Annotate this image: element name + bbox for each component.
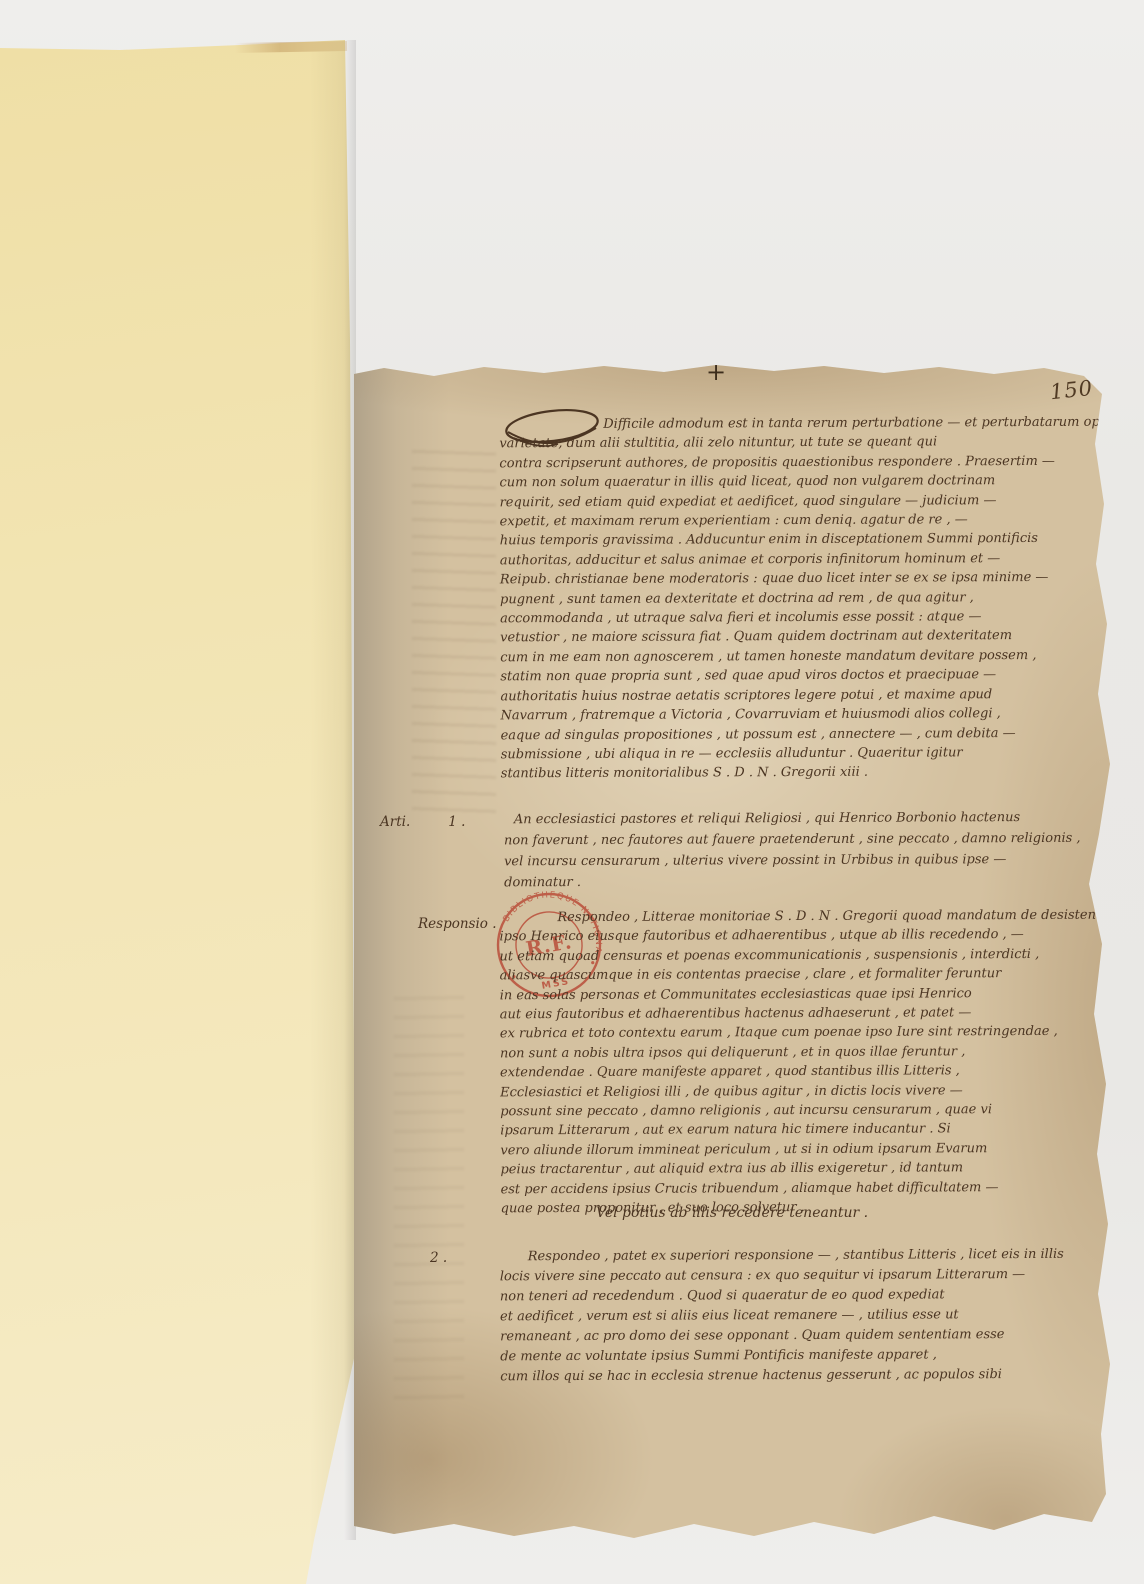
manuscript-line: remaneant , ac pro domo dei sese opponan…: [500, 1325, 1104, 1348]
invocation-cross-mark: +: [706, 358, 726, 386]
manuscript-line: cum illos qui se hac in ecclesia strenue…: [500, 1365, 1104, 1388]
scan-backdrop: + 150 Difficile admodum est in tanta rer…: [0, 0, 1144, 1584]
margin-note-article: Arti.1 .: [380, 814, 465, 830]
flyleaf-page: [0, 40, 362, 1584]
manuscript-line: Ecclesiastici et Religiosi illi , de qui…: [500, 1080, 1104, 1102]
manuscript-line: contra scripserunt authores, de proposit…: [499, 451, 1103, 473]
manuscript-line: de mente ac voluntate ipsius Summi Ponti…: [500, 1345, 1104, 1368]
manuscript-line: huius temporis gravissima . Adducuntur e…: [500, 529, 1104, 551]
manuscript-line: requirit, sed etiam quid expediat et aed…: [500, 490, 1104, 512]
manuscript-line: possunt sine peccato , damno religionis …: [500, 1100, 1104, 1122]
manuscript-line: non teneri ad recedendum . Quod si quaer…: [500, 1285, 1104, 1308]
manuscript-line: pugnent , sunt tamen ea dexteritate et d…: [500, 587, 1104, 609]
manuscript-line: statim non quae propria sunt , sed quae …: [500, 665, 1104, 687]
margin-note-number: 1 .: [448, 814, 465, 830]
manuscript-line: expetit, et maximam rerum experientiam :…: [500, 510, 1104, 532]
margin-note-2: 2 .: [430, 1250, 447, 1266]
margin-note-label: Arti.: [380, 814, 410, 830]
manuscript-line: Navarrum , fratremque a Victoria , Covar…: [500, 704, 1104, 726]
manuscript-line: authoritas, adducitur et salus animae et…: [500, 549, 1104, 571]
manuscript-page: + 150 Difficile admodum est in tanta rer…: [354, 364, 1112, 1542]
response-paragraph: Respondeo , Litterae monitoriae S . D . …: [499, 906, 1104, 1219]
margin-note-responsio: Responsio .: [418, 916, 497, 932]
manuscript-line: non sunt a nobis ultra ipsos qui delique…: [500, 1042, 1104, 1064]
folio-number: 150: [1049, 376, 1094, 404]
second-response-paragraph: Respondeo , patet ex superiori responsio…: [500, 1245, 1105, 1388]
manuscript-line: et aedificet , verum est si aliis eius l…: [500, 1305, 1104, 1328]
manuscript-line: vel incursu censurarum , ulterius vivere…: [504, 849, 1108, 873]
manuscript-line: varietate, dum alii stultitia, alii zelo…: [499, 432, 1103, 454]
manuscript-line: vetustior , ne maiore scissura fiat . Qu…: [500, 626, 1104, 648]
ink-showthrough: [412, 444, 496, 824]
manuscript-line: ex rubrica et toto contextu earum , Itaq…: [500, 1022, 1104, 1044]
ink-showthrough: [394, 984, 464, 1414]
opening-paragraph: Difficile admodum est in tanta rerum per…: [499, 413, 1105, 784]
manuscript-line: eaque ad singulas propositiones , ut pos…: [501, 723, 1105, 745]
manuscript-line: non faverunt , nec fautores aut fauere p…: [504, 828, 1108, 852]
manuscript-line: Reipub. christianae bene moderatoris : q…: [500, 568, 1104, 590]
manuscript-line: Difficile admodum est in tanta rerum per…: [499, 413, 1103, 435]
alternative-question-line: Vel potius ab illis recedere teneantur .: [596, 1205, 868, 1221]
manuscript-line: submissione , ubi aliqua in re — ecclesi…: [501, 743, 1105, 765]
manuscript-line: est per accidens ipsius Crucis tribuendu…: [501, 1177, 1105, 1199]
manuscript-line: aut eius fautoribus et adhaerentibus hac…: [500, 1003, 1104, 1025]
manuscript-line: vero aliunde illorum immineat periculum …: [500, 1139, 1104, 1161]
flyleaf-discoloration: [235, 41, 347, 53]
manuscript-line: ut etiam quoad censuras et poenas excomm…: [499, 944, 1103, 966]
manuscript-line: locis vivere sine peccato aut censura : …: [500, 1265, 1104, 1288]
manuscript-line: authoritatis huius nostrae aetatis scrip…: [500, 684, 1104, 706]
manuscript-line: ipso Henrico eiusque fautoribus et adhae…: [499, 925, 1103, 947]
manuscript-line: ipsarum Litterarum , aut ex earum natura…: [500, 1119, 1104, 1141]
manuscript-line: peius tractarentur , aut aliquid extra i…: [500, 1158, 1104, 1180]
manuscript-line: cum non solum quaeratur in illis quid li…: [499, 471, 1103, 493]
manuscript-line: An ecclesiastici pastores et reliqui Rel…: [504, 807, 1108, 831]
manuscript-line: aliasve quascumque in eis contentas prae…: [500, 964, 1104, 986]
manuscript-line: Respondeo , patet ex superiori responsio…: [500, 1245, 1104, 1268]
manuscript-line: accommodanda , ut utraque salva fieri et…: [500, 607, 1104, 629]
manuscript-line: cum in me eam non agnoscerem , ut tamen …: [500, 646, 1104, 668]
manuscript-line: extendendae . Quare manifeste apparet , …: [500, 1061, 1104, 1083]
manuscript-line: Respondeo , Litterae monitoriae S . D . …: [499, 906, 1103, 928]
manuscript-line: in eas solas personas et Communitates ec…: [500, 983, 1104, 1005]
manuscript-line: stantibus litteris monitorialibus S . D …: [501, 762, 1105, 784]
